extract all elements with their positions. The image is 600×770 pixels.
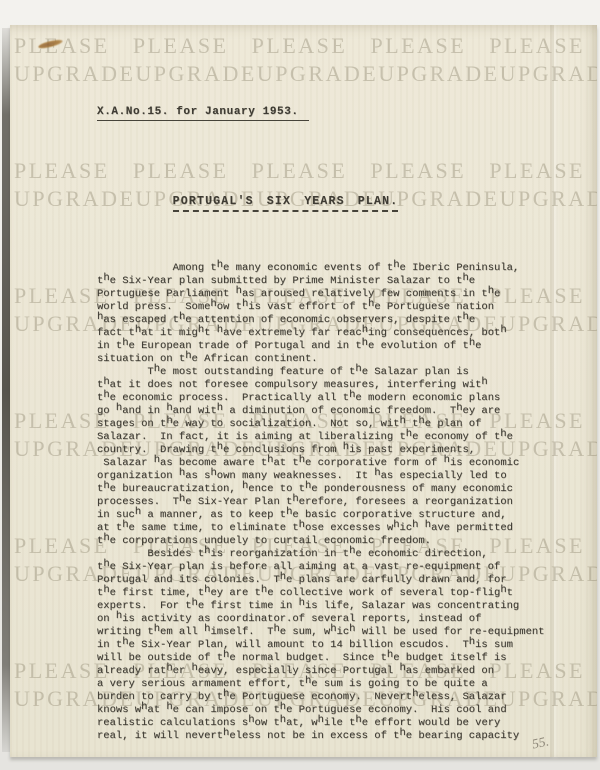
text-line: situation on the African continent. (97, 353, 589, 366)
text-line: at the same time, to eliminate those exc… (97, 522, 589, 535)
text-line: the Six-Year plan submitted by Prime Min… (97, 275, 589, 288)
text-line: the corporations unduely to curtail econ… (97, 535, 589, 548)
text-line: the Six-Year plan is before all aiming a… (97, 561, 589, 574)
text-line: Among the many economic events of the Ib… (97, 262, 589, 275)
text-line: realistic calculations show that, while … (97, 717, 589, 730)
text-line: already rather heavy, especially since P… (97, 665, 589, 678)
text-line: fact that it might have extremely far re… (97, 327, 589, 340)
text-line: in the Six-Year Plan, will amount to 14 … (97, 639, 589, 652)
document-body: Among the many economic events of the Ib… (97, 262, 589, 743)
text-line: has escaped the attention of economic ob… (97, 314, 589, 327)
text-line: world press. Somehow this vast effort of… (97, 301, 589, 314)
text-line: in the European trade of Portugal and in… (97, 340, 589, 353)
text-line: Salazar has become aware that the corpor… (97, 457, 589, 470)
text-line: country. Drawing the conclusions from hi… (97, 444, 589, 457)
text-line: that it does not foresee compulsory meas… (97, 379, 589, 392)
text-line: writing them all himself. The sum, which… (97, 626, 589, 639)
text-line: organization has shown many weaknesses. … (97, 470, 589, 483)
text-line: knows what he can impose on the Portugue… (97, 704, 589, 717)
document-page: PLEASEPLEASEPLEASEPLEASEPLEASEUPGRADEUPG… (10, 25, 597, 757)
text-line: a very serious armament effort, the sum … (97, 678, 589, 691)
text-line: experts. For the first time in his life,… (97, 600, 589, 613)
text-line: the first time, they are the collective … (97, 587, 589, 600)
text-line: real, it will nevertheless not be in exc… (97, 730, 589, 743)
text-line: processes. The Six-Year Plan therefore, … (97, 496, 589, 509)
scanned-document-screenshot: { "scan": { "page_number": "55.", "water… (0, 0, 600, 770)
document-reference: X.A.No.15. for January 1953. (97, 106, 309, 121)
text-line: Portugal and its colonies. The plans are… (97, 574, 589, 587)
title-row: PORTUGAL'S SIX YEARS PLAN. (10, 191, 597, 212)
text-line: in such a manner, as to keep the basic c… (97, 509, 589, 522)
text-line: stages on the way to socialization. Not … (97, 418, 589, 431)
text-line: on his activity as coordinator.of severa… (97, 613, 589, 626)
text-line: The most outstanding feature of the Sala… (97, 366, 589, 379)
typed-content: X.A.No.15. for January 1953. PORTUGAL'S … (10, 25, 597, 757)
text-line: the bureaucratization, hence to the pond… (97, 483, 589, 496)
text-line: Portuguese Parliament has aroused relati… (97, 288, 589, 301)
text-line: Besides this reorganization in the econo… (97, 548, 589, 561)
document-title: PORTUGAL'S SIX YEARS PLAN. (173, 195, 399, 212)
